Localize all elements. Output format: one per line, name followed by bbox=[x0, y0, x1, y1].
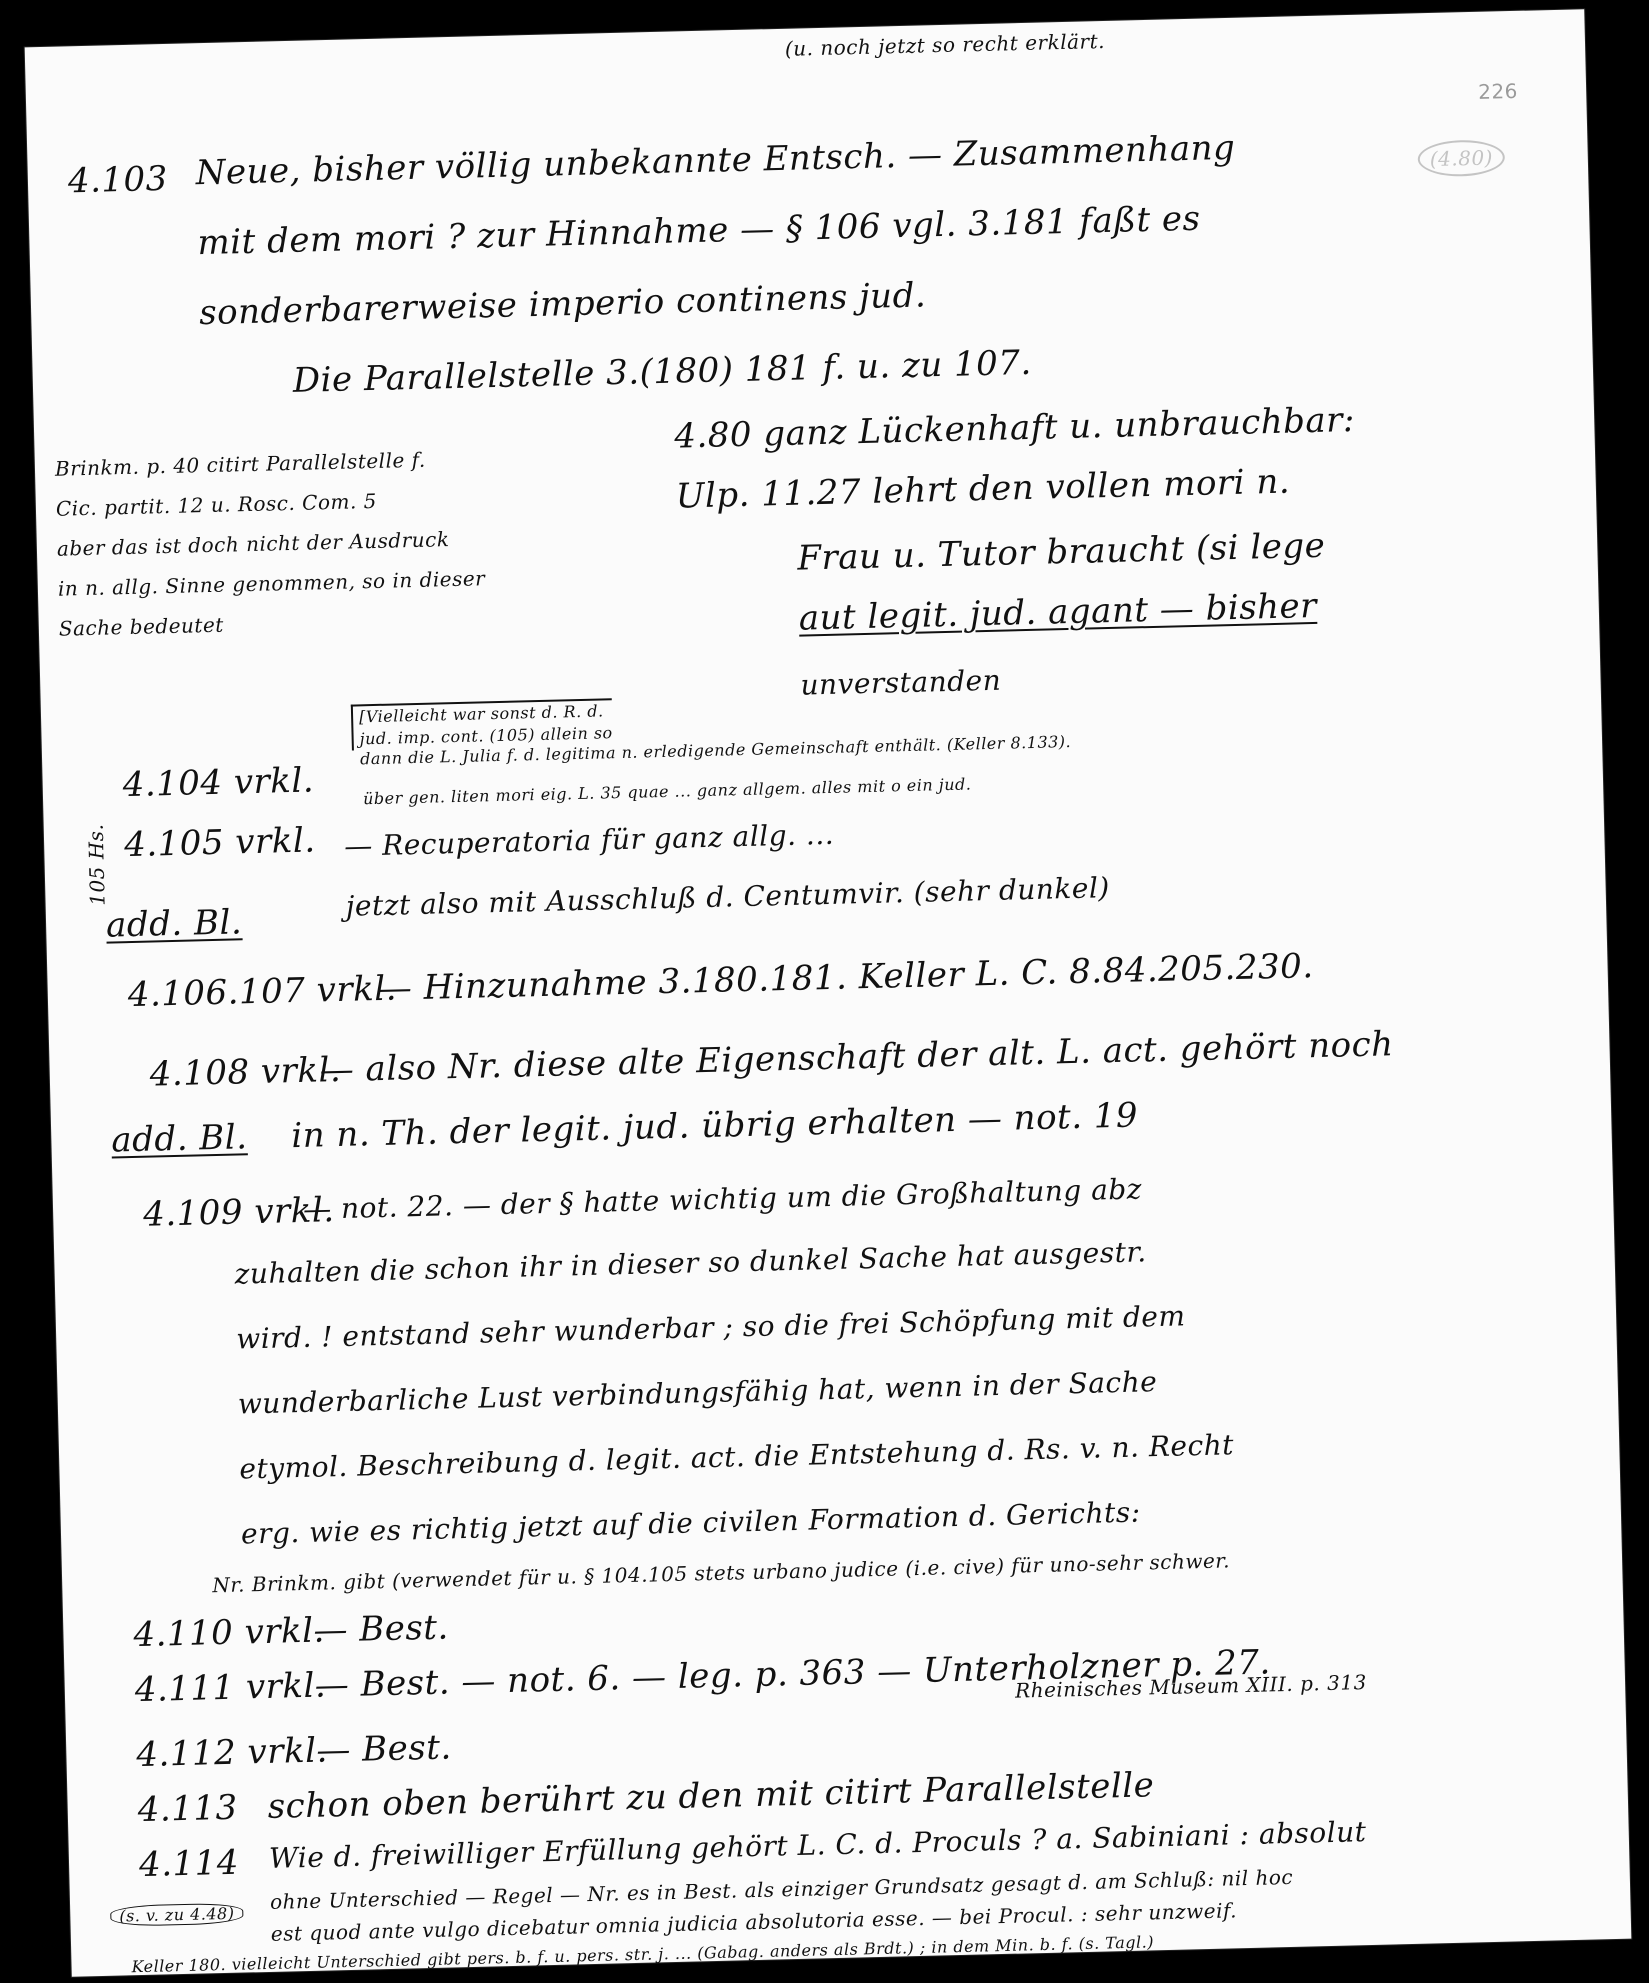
entry-line: Die Parallelstelle 3.(180) 181 f. u. zu … bbox=[292, 343, 1032, 401]
entry-number: 4.106.107 vrkl. bbox=[127, 969, 397, 1016]
entry-line: Wie d. freiwilliger Erfüllung gehört L. … bbox=[269, 1815, 1367, 1875]
entry-line: aut legit. jud. agant — bisher bbox=[798, 586, 1317, 639]
entry-line: etymol. Beschreibung d. legit. act. die … bbox=[239, 1428, 1234, 1485]
entry-line: schon oben berührt zu den mit citirt Par… bbox=[267, 1765, 1154, 1827]
margin-note-line: Brinkm. p. 40 citirt Parallelstelle f. bbox=[55, 448, 426, 481]
entry-line: Ulp. 11.27 lehrt den vollen mori n. bbox=[675, 462, 1290, 517]
entry-line: sonderbarerweise imperio continens jud. bbox=[199, 275, 927, 333]
entry-number: 4.110 vrkl. bbox=[133, 1610, 325, 1655]
entry-line: in n. Th. der legit. jud. übrig erhalten… bbox=[291, 1095, 1139, 1156]
entry-line: mit dem mori ? zur Hinnahme — § 106 vgl.… bbox=[197, 199, 1201, 264]
entry-line: — Best. bbox=[313, 1607, 449, 1650]
entry-line: Nr. Brinkm. gibt (verwendet für u. § 104… bbox=[212, 1548, 1230, 1597]
entry-number: 4.103 bbox=[67, 159, 168, 201]
entry-line: 4.80 ganz Lückenhaft u. unbrauchbar: bbox=[674, 400, 1355, 457]
entry-number: 4.105 vrkl. bbox=[124, 820, 316, 865]
entry-line: erg. wie es richtig jetzt auf die civile… bbox=[241, 1496, 1141, 1551]
entry-number: 4.111 vrkl. bbox=[134, 1665, 326, 1710]
entry-line: — also Nr. diese alte Eigenschaft der al… bbox=[319, 1024, 1394, 1090]
entry-line: — not. 22. — der § hatte wichtig um die … bbox=[303, 1172, 1143, 1225]
entry-number: 4.108 vrkl. bbox=[149, 1050, 341, 1095]
entry-line: wunderbarliche Lust verbindungsfähig hat… bbox=[237, 1365, 1157, 1420]
entry-line: Frau u. Tutor braucht (si lege bbox=[797, 526, 1326, 579]
entry-line: Neue, bisher völlig unbekannte Entsch. —… bbox=[195, 128, 1235, 193]
entry-number: 4.113 bbox=[137, 1788, 238, 1830]
entry-line: zuhalten die schon ihr in dieser so dunk… bbox=[234, 1235, 1147, 1290]
vertical-margin-note: 105 Hs. bbox=[84, 823, 110, 906]
margin-note-line: Sache bedeutet bbox=[59, 613, 225, 641]
folio-number: 226 bbox=[1478, 79, 1518, 104]
top-insert-note: (u. noch jetzt so recht erklärt. bbox=[785, 29, 1106, 61]
margin-note-line: in n. allg. Sinne genommen, so in dieser bbox=[58, 566, 486, 600]
bracketed-note: [Vielleicht war sonst d. R. d. jud. imp.… bbox=[351, 698, 613, 750]
entry-number: 4.114 bbox=[139, 1843, 240, 1885]
entry-line: unverstanden bbox=[800, 664, 1001, 702]
entry-line: jetzt also mit Ausschluß d. Centumvir. (… bbox=[345, 871, 1110, 923]
entry-line: — Recuperatoria für ganz allg. ... bbox=[344, 818, 835, 863]
entry-number: 4.112 vrkl. bbox=[136, 1730, 328, 1775]
margin-note-line: Cic. partit. 12 u. Rosc. Com. 5 bbox=[56, 489, 378, 521]
add-bl-note: add. Bl. bbox=[106, 902, 243, 945]
entry-line: wird. ! entstand sehr wunderbar ; so die… bbox=[236, 1299, 1186, 1355]
folio-circled: (4.80) bbox=[1417, 139, 1505, 177]
margin-note-line: aber das ist doch nicht der Ausdruck bbox=[57, 527, 450, 561]
add-bl-note: add. Bl. bbox=[111, 1117, 248, 1160]
entry-line: — Best. bbox=[316, 1727, 452, 1770]
entry-line: über gen. liten mori eig. L. 35 quae ...… bbox=[363, 774, 972, 808]
entry-number: 4.104 vrkl. bbox=[122, 760, 314, 805]
margin-cross-reference: (s. v. zu 4.48) bbox=[110, 1903, 244, 1927]
manuscript-page: (u. noch jetzt so recht erklärt. 226 (4.… bbox=[25, 9, 1632, 1977]
entry-line: — Hinzunahme 3.180.181. Keller L. C. 8.8… bbox=[377, 946, 1314, 1009]
